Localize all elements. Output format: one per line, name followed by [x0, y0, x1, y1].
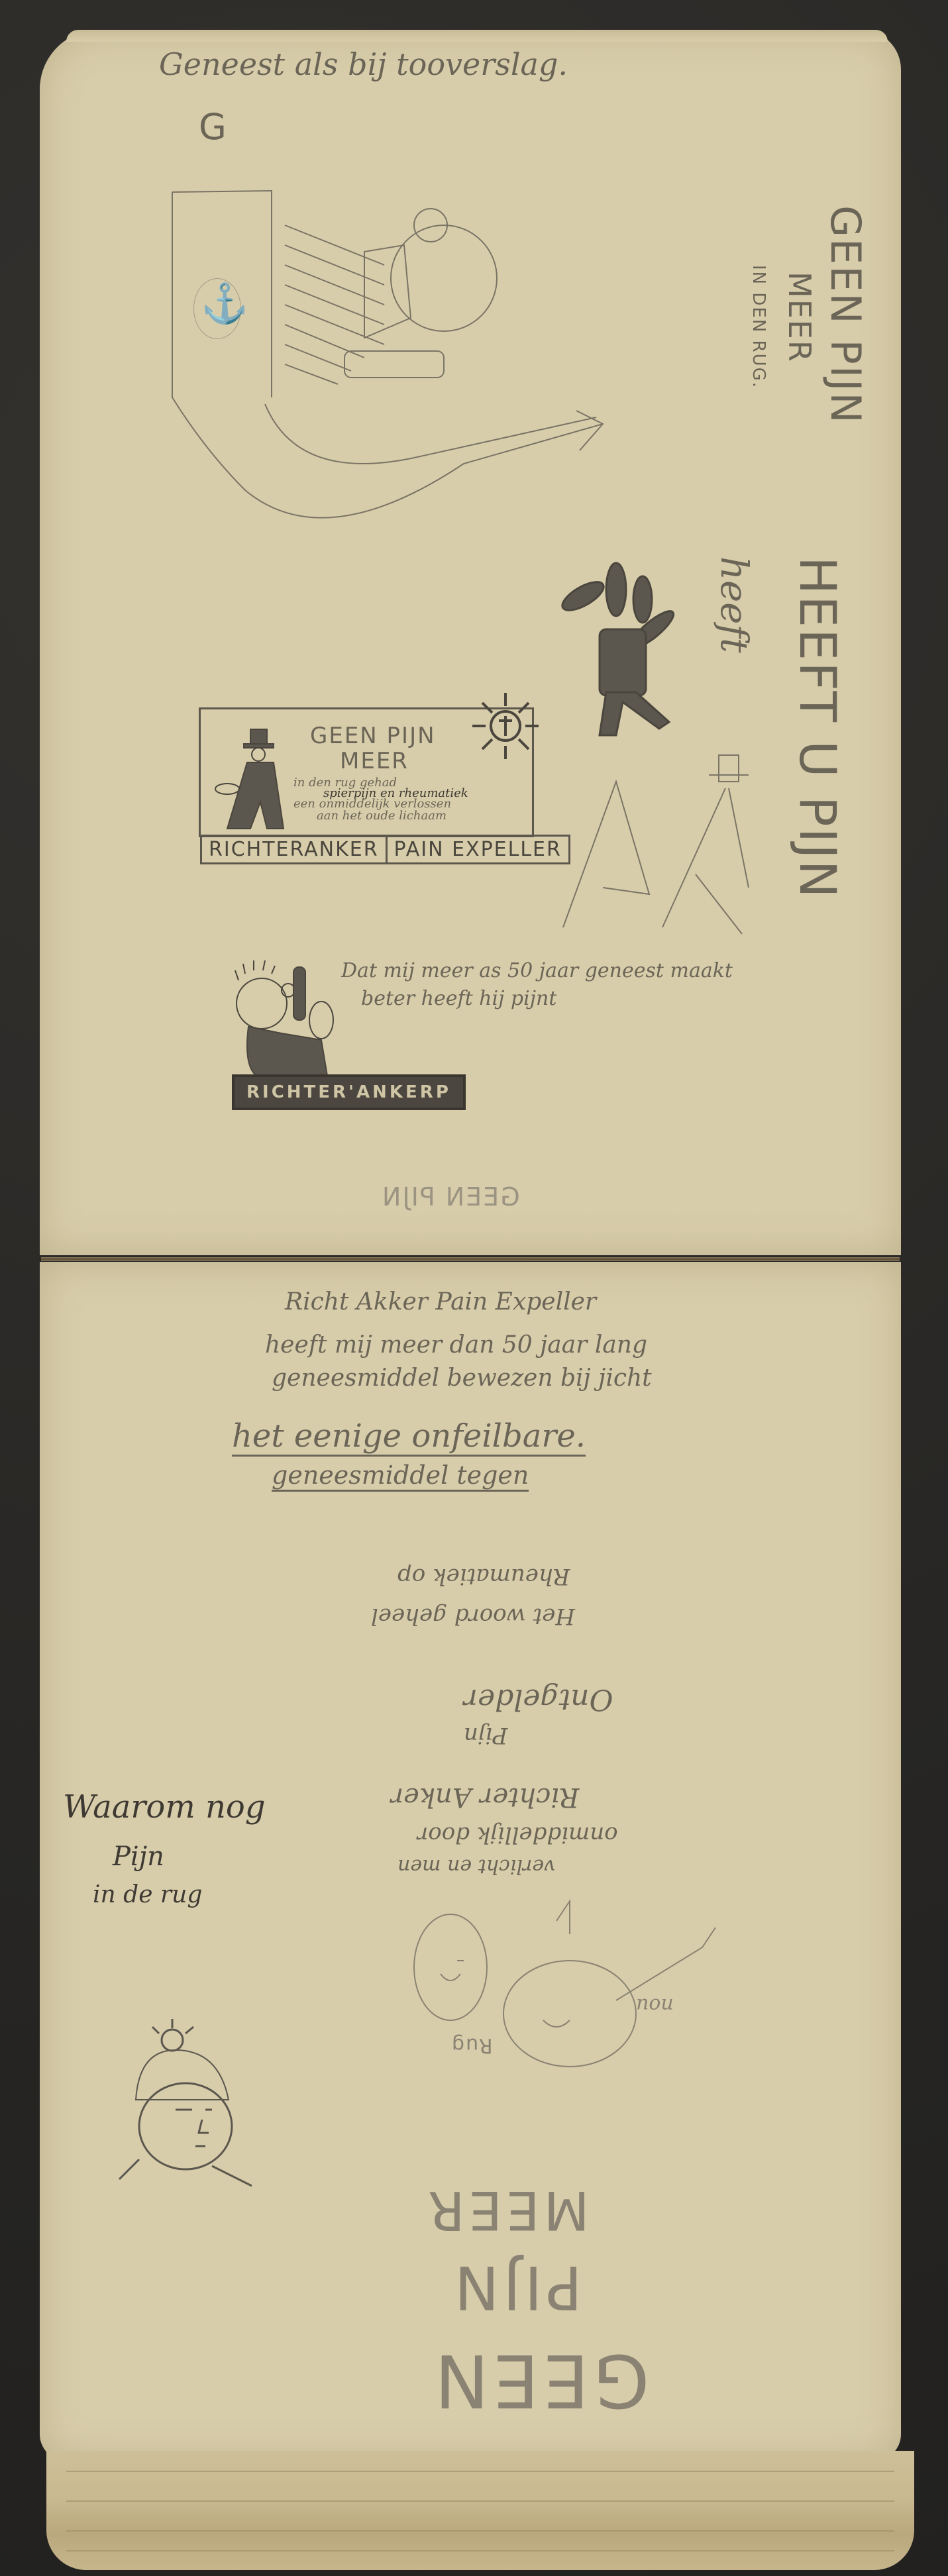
upside-down-line: Het woord geheel: [371, 1603, 575, 1629]
ad-headline-geen-pijn: GEEN PIJN: [310, 723, 436, 749]
ad-footer-left: RICHTERANKER: [202, 837, 386, 862]
ad-footer-right: PAIN EXPELLER: [386, 837, 568, 862]
note-line: geneesmiddel tegen: [272, 1461, 529, 1492]
note-line: geneesmiddel bewezen bij jicht: [272, 1365, 652, 1392]
upside-down-headline-meer: MEER: [424, 2179, 590, 2241]
running-man-drawing: [543, 570, 676, 735]
vertical-slogan-meer: MEER: [782, 272, 817, 363]
note-line: beter heeft hij pijnt: [361, 987, 556, 1010]
question-line: Pijn: [113, 1841, 164, 1872]
bald-man-with-bottle-drawing: [229, 954, 335, 1080]
vertical-slogan-geen-pijn: GEEN PIJN: [821, 205, 870, 425]
upside-down-line: Pijn: [464, 1722, 507, 1749]
walking-man-drawing: [543, 755, 762, 954]
sun-anchor-drawing: [472, 693, 539, 759]
vertical-slogan-in-den-rug: IN DEN RUG.: [749, 265, 768, 389]
heading-note: Geneest als bij tooverslag.: [159, 46, 568, 82]
upside-down-faces-drawing: [391, 1881, 735, 2100]
anchor-icon: ⚓: [201, 284, 248, 323]
upside-down-line: Richter Anker: [391, 1782, 579, 1812]
note-line: Dat mij meer as 50 jaar geneest maakt: [341, 959, 733, 982]
question-line: in de rug: [93, 1881, 202, 1908]
ad-small-line: aan het oude lichaam: [317, 809, 447, 823]
boy-with-bobble-hat-drawing: [113, 2027, 265, 2186]
heading-initial: G: [199, 106, 228, 148]
note-line: heeft mij meer dan 50 jaar lang: [265, 1331, 647, 1359]
ad-panel: GEEN PIJN MEER in den rug gehad spierpij…: [199, 707, 534, 837]
ad-headline-meer: MEER: [340, 748, 409, 774]
question-line: Waarom nog: [63, 1788, 266, 1826]
page-stack-edge: [46, 2451, 914, 2570]
note-line-emphasis: het eenige onfeilbare.: [232, 1417, 586, 1457]
upside-down-headline-pijn: PIJN: [450, 2252, 582, 2322]
mirrored-text-geen-pijn: GEEN PIJN: [381, 1182, 520, 1211]
upside-down-headline-geen: GEEN: [431, 2338, 650, 2423]
upside-down-label-rug: Rug: [450, 2034, 493, 2057]
upside-down-line: verlicht en men: [397, 1855, 555, 1878]
upside-down-line: onmiddellijk door: [417, 1822, 618, 1848]
upside-down-word-nou: nou: [636, 1994, 674, 2017]
gentleman-figure-drawing: [214, 729, 293, 835]
note-line: Richt Akker Pain Expeller: [285, 1288, 596, 1315]
man-with-bottle-drawing: [166, 185, 629, 556]
upside-down-line: Ontgelder: [464, 1682, 613, 1716]
ad-footer-bar: RICHTERANKER PAIN EXPELLER: [200, 835, 570, 864]
upside-down-line: Rheumatiek op: [397, 1563, 570, 1590]
vertical-slogan-heeft-u-pijn: HEEFT U PIJN: [788, 556, 847, 899]
richter-anker-banner: RICHTER'ANKERP: [232, 1074, 466, 1110]
script-word-heeft: heeft: [712, 556, 755, 653]
page-fold: [41, 1257, 900, 1261]
anchor-emblem: ⚓: [193, 278, 241, 339]
